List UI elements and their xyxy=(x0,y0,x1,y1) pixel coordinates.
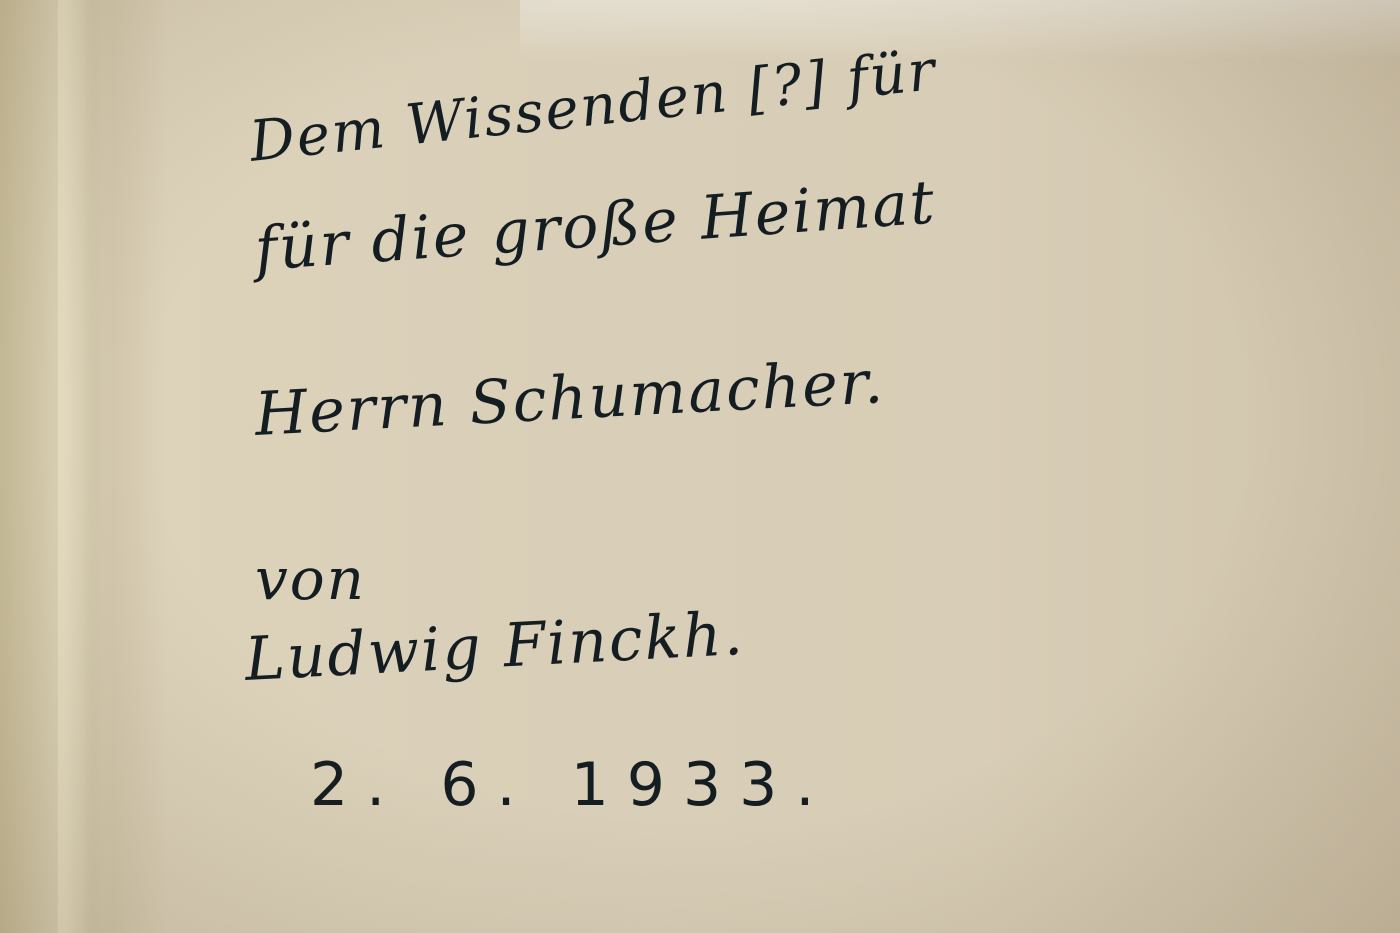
photo-vignette xyxy=(0,0,1400,933)
